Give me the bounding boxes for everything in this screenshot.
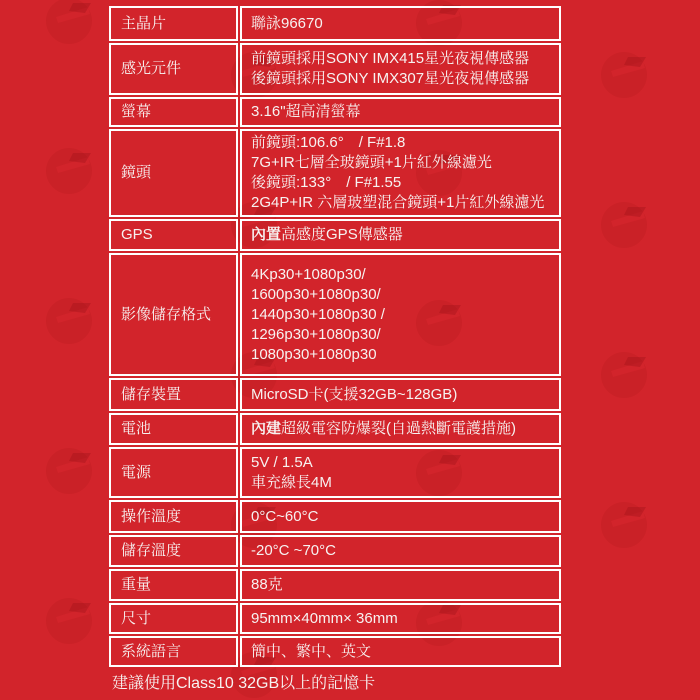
logo-watermark-icon	[42, 590, 98, 646]
spec-label: 電池	[109, 413, 238, 445]
spec-label: 感光元件	[109, 43, 238, 95]
spec-value-line: 後鏡頭採用SONY IMX307星光夜視傳感器	[251, 69, 553, 89]
spec-value-line: 前鏡頭:106.6° / F#1.8	[251, 133, 553, 153]
spec-value-line: 內建超級電容防爆裂(自過熱斷電護措施)	[251, 419, 553, 439]
logo-watermark-icon	[42, 0, 98, 46]
logo-watermark-icon	[42, 290, 98, 346]
spec-value-line: 4Kp30+1080p30/	[251, 265, 553, 285]
spec-value-line: 聯詠96670	[251, 14, 553, 34]
spec-value-line: 95mm×40mm× 36mm	[251, 609, 553, 629]
spec-value-line: 5V / 1.5A	[251, 453, 553, 473]
spec-label: 系統語言	[109, 636, 238, 667]
spec-label: 電源	[109, 447, 238, 498]
spec-value-line: 內置高感度GPS傳感器	[251, 225, 553, 245]
spec-label: 螢幕	[109, 97, 238, 127]
spec-label: 尺寸	[109, 603, 238, 634]
table-row: 操作溫度0°C~60°C	[109, 500, 561, 533]
spec-value: 內建超級電容防爆裂(自過熱斷電護措施)	[240, 413, 561, 445]
spec-label: 鏡頭	[109, 129, 238, 217]
spec-label: 重量	[109, 569, 238, 601]
logo-watermark-icon	[42, 140, 98, 196]
table-row: 電源5V / 1.5A車充線長4M	[109, 447, 561, 498]
memory-card-note: 建議使用Class10 32GB以上的記憶卡	[112, 674, 375, 694]
table-row: 螢幕3.16"超高清螢幕	[109, 97, 561, 127]
spec-value: 前鏡頭採用SONY IMX415星光夜視傳感器後鏡頭採用SONY IMX307星…	[240, 43, 561, 95]
table-row: 主晶片聯詠96670	[109, 6, 561, 41]
table-row: 影像儲存格式4Kp30+1080p30/1600p30+1080p30/1440…	[109, 253, 561, 376]
spec-value-line: 7G+IR七層全玻鏡頭+1片紅外線濾光	[251, 153, 553, 173]
spec-value: 95mm×40mm× 36mm	[240, 603, 561, 634]
spec-value: 3.16"超高清螢幕	[240, 97, 561, 127]
spec-label: 儲存裝置	[109, 378, 238, 411]
spec-value: 簡中、繁中、英文	[240, 636, 561, 667]
table-row: 系統語言簡中、繁中、英文	[109, 636, 561, 667]
spec-value: 88克	[240, 569, 561, 601]
spec-value-line: 1600p30+1080p30/	[251, 285, 553, 305]
spec-value-line: 簡中、繁中、英文	[251, 642, 553, 662]
table-row: 尺寸95mm×40mm× 36mm	[109, 603, 561, 634]
table-row: GPS內置高感度GPS傳感器	[109, 219, 561, 251]
spec-value: 0°C~60°C	[240, 500, 561, 533]
table-row: 儲存裝置MicroSD卡(支援32GB~128GB)	[109, 378, 561, 411]
spec-table: 主晶片聯詠96670感光元件前鏡頭採用SONY IMX415星光夜視傳感器後鏡頭…	[107, 4, 563, 669]
spec-value-line: 2G4P+IR 六層玻塑混合鏡頭+1片紅外線濾光	[251, 193, 553, 213]
spec-value: 聯詠96670	[240, 6, 561, 41]
table-row: 鏡頭前鏡頭:106.6° / F#1.87G+IR七層全玻鏡頭+1片紅外線濾光後…	[109, 129, 561, 217]
spec-value: -20°C ~70°C	[240, 535, 561, 567]
spec-value: 5V / 1.5A車充線長4M	[240, 447, 561, 498]
logo-watermark-icon	[597, 194, 653, 250]
spec-value-line: 0°C~60°C	[251, 507, 553, 527]
spec-value: 內置高感度GPS傳感器	[240, 219, 561, 251]
spec-value-line: 3.16"超高清螢幕	[251, 102, 553, 122]
spec-value-line: 車充線長4M	[251, 473, 553, 493]
spec-value-line: MicroSD卡(支援32GB~128GB)	[251, 385, 553, 405]
spec-value: 前鏡頭:106.6° / F#1.87G+IR七層全玻鏡頭+1片紅外線濾光後鏡頭…	[240, 129, 561, 217]
table-row: 電池內建超級電容防爆裂(自過熱斷電護措施)	[109, 413, 561, 445]
spec-value-line: 88克	[251, 575, 553, 595]
spec-value-line: 1296p30+1080p30/	[251, 325, 553, 345]
spec-value-line: 1440p30+1080p30 /	[251, 305, 553, 325]
logo-watermark-icon	[597, 494, 653, 550]
spec-value-line: -20°C ~70°C	[251, 541, 553, 561]
logo-watermark-icon	[42, 440, 98, 496]
spec-label: 主晶片	[109, 6, 238, 41]
spec-value-line: 1080p30+1080p30	[251, 345, 553, 365]
spec-label: 影像儲存格式	[109, 253, 238, 376]
logo-watermark-icon	[597, 344, 653, 400]
spec-value-line: 後鏡頭:133° / F#1.55	[251, 173, 553, 193]
logo-watermark-icon	[597, 44, 653, 100]
spec-label: 儲存溫度	[109, 535, 238, 567]
spec-value-line: 前鏡頭採用SONY IMX415星光夜視傳感器	[251, 49, 553, 69]
table-row: 重量88克	[109, 569, 561, 601]
table-row: 儲存溫度-20°C ~70°C	[109, 535, 561, 567]
spec-label: 操作溫度	[109, 500, 238, 533]
spec-label: GPS	[109, 219, 238, 251]
table-row: 感光元件前鏡頭採用SONY IMX415星光夜視傳感器後鏡頭採用SONY IMX…	[109, 43, 561, 95]
spec-value: 4Kp30+1080p30/1600p30+1080p30/1440p30+10…	[240, 253, 561, 376]
spec-value: MicroSD卡(支援32GB~128GB)	[240, 378, 561, 411]
